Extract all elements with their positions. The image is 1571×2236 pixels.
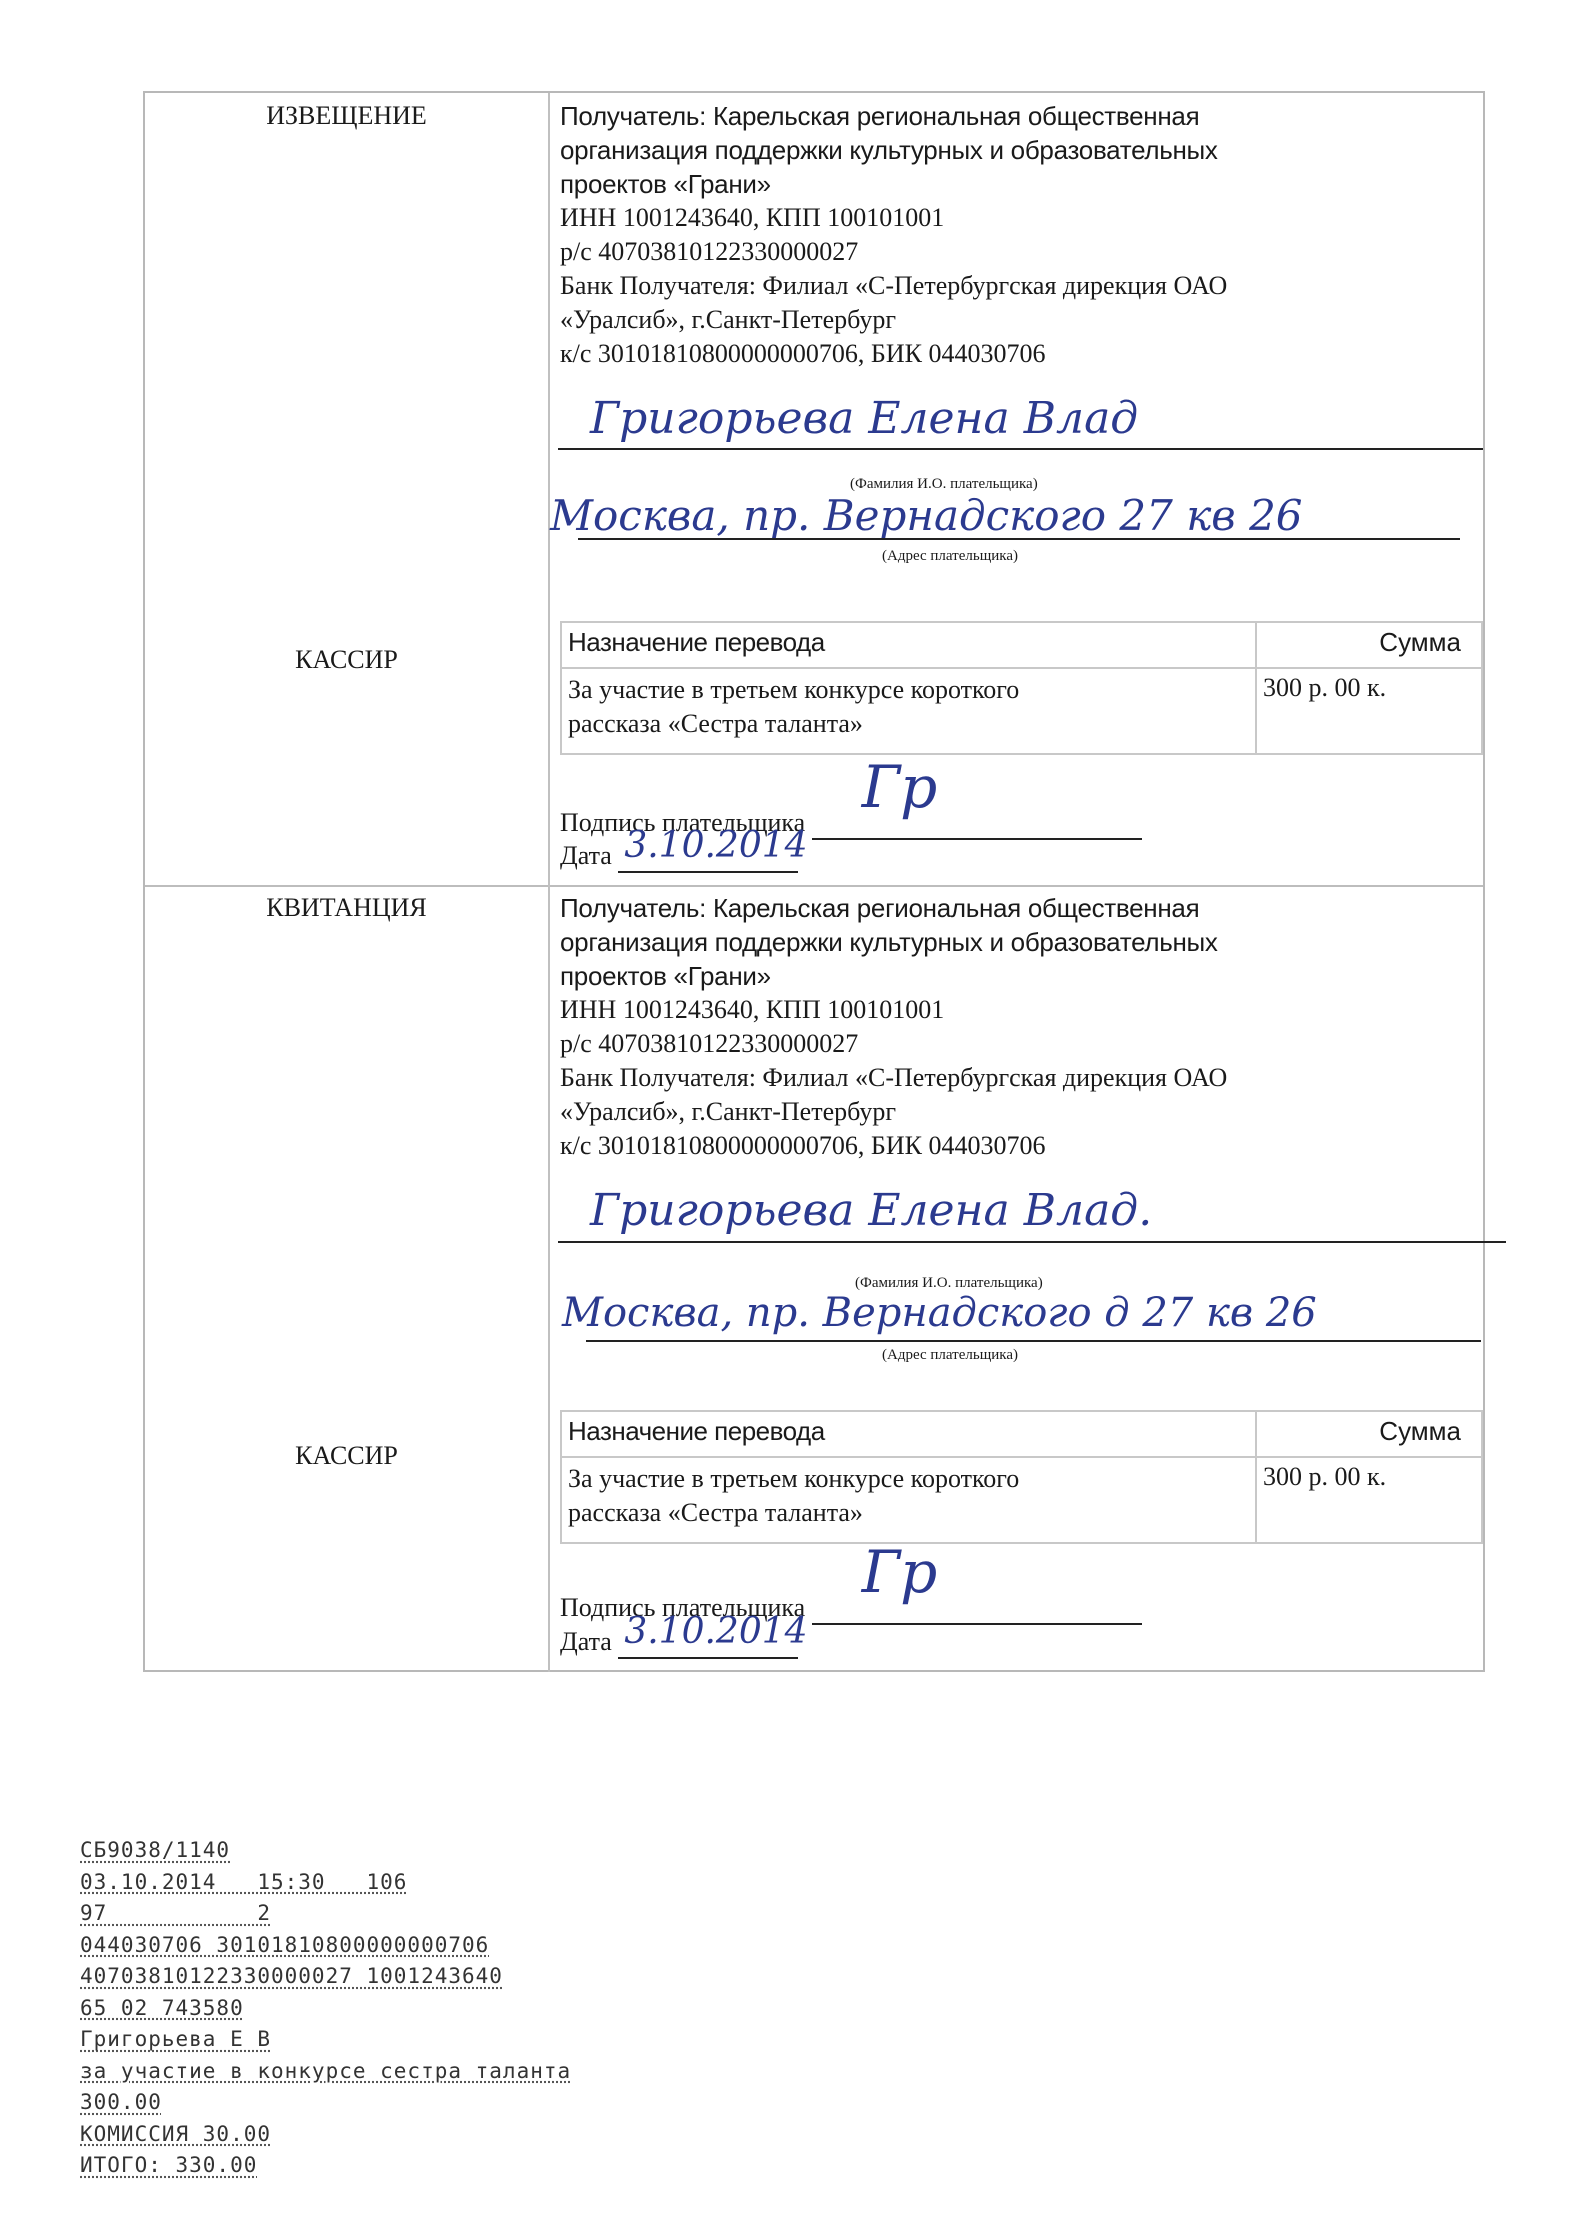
purpose-line: рассказа «Сестра таланта» [568, 707, 1249, 741]
purpose-cell: За участие в третьем конкурсе короткого … [561, 668, 1256, 754]
receipt-left-column: КВИТАНЦИЯ КАССИР [145, 885, 550, 1672]
sum-header: Сумма [1256, 1411, 1482, 1457]
bank-name: Банк Получателя: Филиал «С-Петербургская… [560, 1061, 1227, 1095]
date-row: Дата 3.10.2014 [560, 841, 798, 873]
corr-account-bik: к/с 30101810800000000706, БИК 044030706 [560, 1129, 1227, 1163]
sum-cell: 300 р. 00 к. [1256, 1457, 1482, 1543]
purpose-cell: За участие в третьем конкурсе короткого … [561, 1457, 1256, 1543]
date-row: Дата 3.10.2014 [560, 1627, 798, 1659]
purpose-header: Назначение перевода [561, 622, 1256, 668]
signature-handwritten: Гр [862, 1538, 938, 1606]
receipt-passport: 65 02 743580 [80, 1993, 571, 2025]
recipient-line: организация поддержки культурных и образ… [560, 925, 1227, 959]
payer-address-line [586, 1340, 1481, 1342]
receipt-right-column: Получатель: Карельская региональная обще… [550, 885, 1483, 1672]
receipt-title: КВИТАНЦИЯ [145, 893, 548, 923]
account-number: р/с 40703810122330000027 [560, 235, 1227, 269]
payer-name-line [558, 448, 1483, 450]
purpose-header: Назначение перевода [561, 1411, 1256, 1457]
receipt-bik-corr: 044030706 30101810800000000706 [80, 1930, 571, 1962]
receipt-commission: КОМИССИЯ 30.00 [80, 2119, 571, 2151]
receipt-codes: 97 2 [80, 1898, 571, 1930]
recipient-line: Получатель: Карельская региональная обще… [560, 99, 1227, 133]
payer-name-handwritten: Григорьева Елена Влад. [590, 1185, 1152, 1236]
payer-name-line [558, 1241, 1506, 1243]
receipt-section: КВИТАНЦИЯ КАССИР Получатель: Карельская … [145, 885, 1483, 1672]
receipt-terminal-id: СБ9038/1140 [80, 1835, 571, 1867]
receipt-payer: Григорьева Е В [80, 2024, 571, 2056]
notice-left-column: ИЗВЕЩЕНИЕ КАССИР [145, 93, 550, 885]
recipient-line: организация поддержки культурных и образ… [560, 133, 1227, 167]
payer-address-handwritten: Москва, пр. Вернадского д 27 кв 26 [562, 1290, 1317, 1336]
inn-kpp: ИНН 1001243640, КПП 100101001 [560, 993, 1227, 1027]
recipient-line: Получатель: Карельская региональная обще… [560, 891, 1227, 925]
receipt-recipient-block: Получатель: Карельская региональная обще… [560, 891, 1227, 1163]
signature-handwritten: Гр [862, 753, 938, 821]
date-handwritten: 3.10.2014 [624, 825, 807, 866]
purpose-table: Назначение перевода Сумма За участие в т… [560, 621, 1483, 755]
date-label: Дата [560, 1627, 612, 1656]
purpose-line: рассказа «Сестра таланта» [568, 1496, 1249, 1530]
bank-name: Банк Получателя: Филиал «С-Петербургская… [560, 269, 1227, 303]
date-field: 3.10.2014 [618, 1627, 798, 1659]
payer-address-caption: (Адрес плательщика) [882, 548, 1018, 565]
receipt-datetime: 03.10.2014 15:30 106 [80, 1867, 571, 1899]
purpose-table: Назначение перевода Сумма За участие в т… [560, 1410, 1483, 1544]
date-label: Дата [560, 841, 612, 870]
bank-city: «Уралсиб», г.Санкт-Петербург [560, 1095, 1227, 1129]
account-number: р/с 40703810122330000027 [560, 1027, 1227, 1061]
payer-address-handwritten: Москва, пр. Вернадского 27 кв 26 [550, 491, 1303, 540]
payer-name-handwritten: Григорьева Елена Влад [590, 393, 1138, 444]
signature-field: Гр [812, 808, 1142, 840]
sum-cell: 300 р. 00 к. [1256, 668, 1482, 754]
recipient-line: проектов «Грани» [560, 959, 1227, 993]
date-field: 3.10.2014 [618, 841, 798, 873]
bank-city: «Уралсиб», г.Санкт-Петербург [560, 303, 1227, 337]
date-handwritten: 3.10.2014 [624, 1611, 807, 1652]
notice-title: ИЗВЕЩЕНИЕ [145, 101, 548, 131]
receipt-total: ИТОГО: 330.00 [80, 2150, 571, 2182]
payment-form: ИЗВЕЩЕНИЕ КАССИР Получатель: Карельская … [143, 91, 1485, 1672]
receipt-amount: 300.00 [80, 2087, 571, 2119]
recipient-line: проектов «Грани» [560, 167, 1227, 201]
receipt-purpose: за участие в конкурсе сестра таланта [80, 2056, 571, 2088]
purpose-line: За участие в третьем конкурсе короткого [568, 1462, 1249, 1496]
purpose-line: За участие в третьем конкурсе короткого [568, 673, 1249, 707]
receipt-cashier-label: КАССИР [145, 1441, 548, 1471]
notice-cashier-label: КАССИР [145, 645, 548, 675]
notice-recipient-block: Получатель: Карельская региональная обще… [560, 99, 1227, 371]
sum-header: Сумма [1256, 622, 1482, 668]
receipt-account-inn: 40703810122330000027 1001243640 [80, 1961, 571, 1993]
notice-right-column: Получатель: Карельская региональная обще… [550, 93, 1483, 885]
corr-account-bik: к/с 30101810800000000706, БИК 044030706 [560, 337, 1227, 371]
signature-field: Гр [812, 1593, 1142, 1625]
notice-section: ИЗВЕЩЕНИЕ КАССИР Получатель: Карельская … [145, 93, 1483, 887]
payer-address-line [578, 538, 1460, 540]
cash-register-receipt: СБ9038/1140 03.10.2014 15:30 106 97 2 04… [80, 1835, 571, 2182]
inn-kpp: ИНН 1001243640, КПП 100101001 [560, 201, 1227, 235]
payer-address-caption: (Адрес плательщика) [882, 1347, 1018, 1364]
